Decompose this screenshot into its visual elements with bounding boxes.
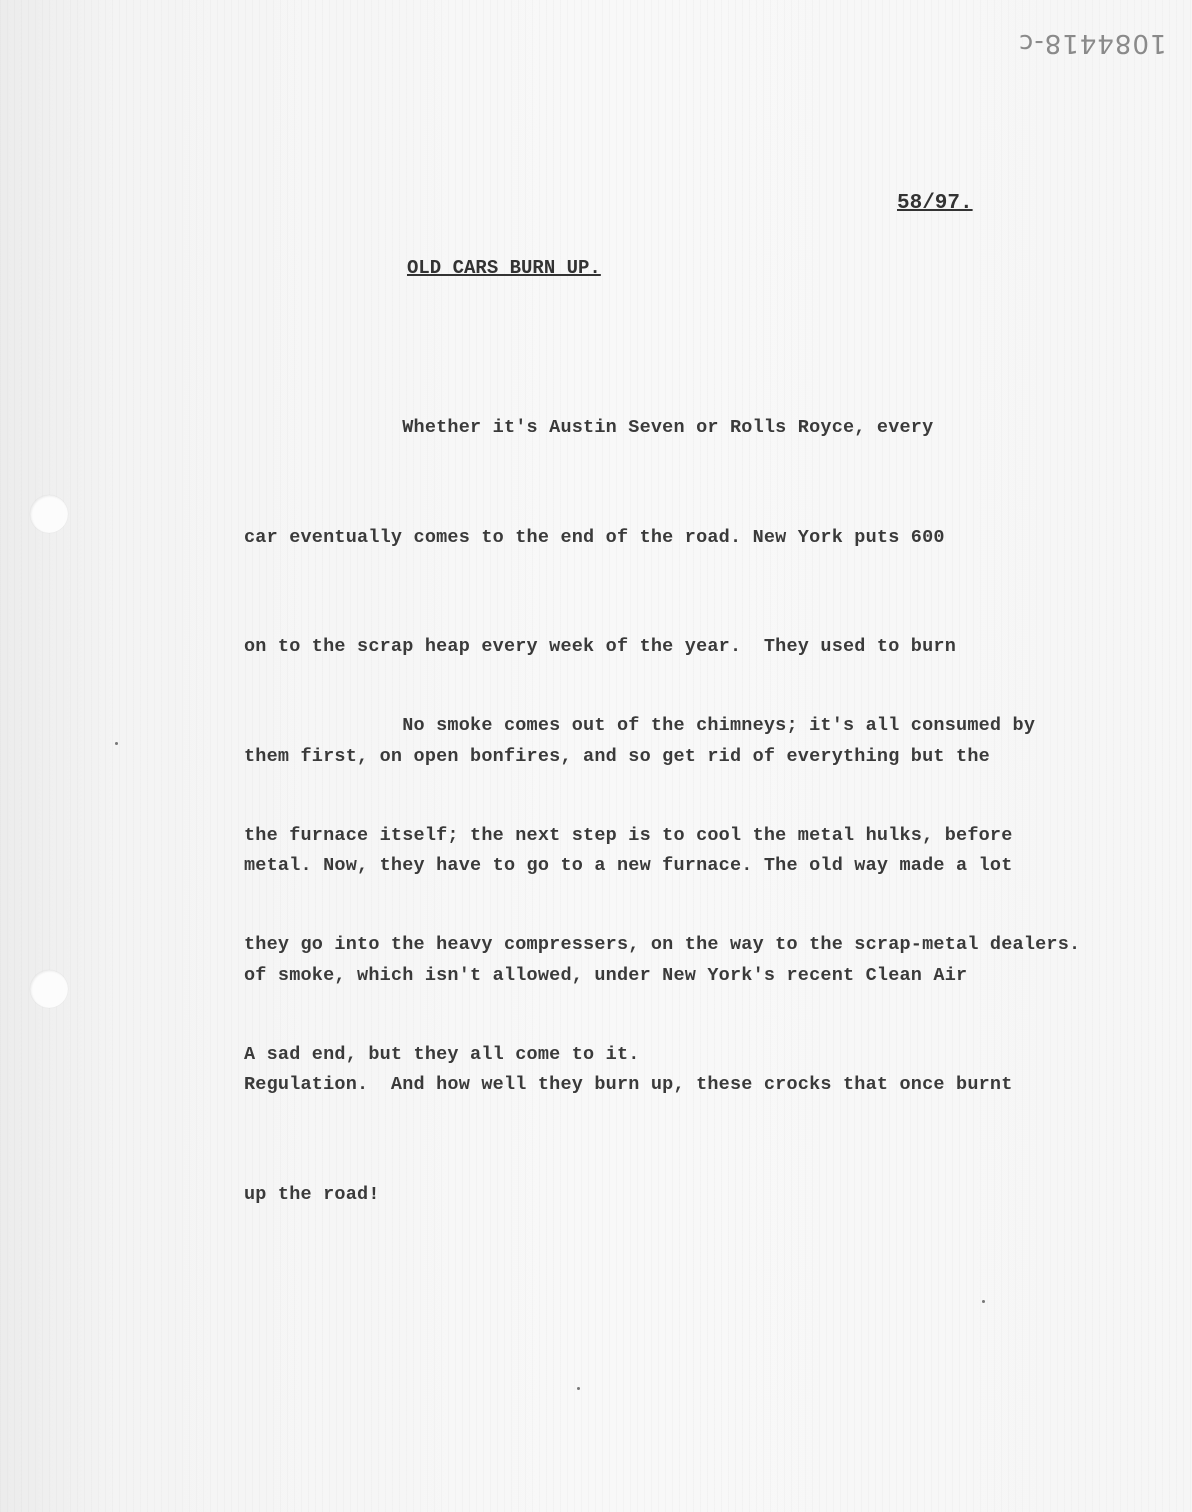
paragraph-2: No smoke comes out of the chimneys; it's… bbox=[244, 635, 1144, 1110]
reference-number: 58/97. bbox=[897, 192, 973, 215]
paper-speck bbox=[982, 1300, 985, 1303]
text-line: No smoke comes out of the chimneys; it's… bbox=[244, 708, 1144, 745]
handwritten-archive-number: 1084418-c bbox=[1018, 28, 1166, 58]
punch-hole-top bbox=[30, 495, 68, 533]
text-line: car eventually comes to the end of the r… bbox=[244, 520, 1144, 557]
text-line: A sad end, but they all come to it. bbox=[244, 1037, 1144, 1074]
punch-hole-bottom bbox=[30, 970, 68, 1008]
text-line: up the road! bbox=[244, 1177, 1144, 1214]
document-title: OLD CARS BURN UP. bbox=[407, 257, 601, 279]
paper-speck bbox=[115, 742, 118, 745]
text-line: the furnace itself; the next step is to … bbox=[244, 818, 1144, 855]
text-line: Whether it's Austin Seven or Rolls Royce… bbox=[244, 410, 1144, 447]
paper-speck bbox=[577, 1387, 580, 1390]
text-line: they go into the heavy compressers, on t… bbox=[244, 927, 1144, 964]
